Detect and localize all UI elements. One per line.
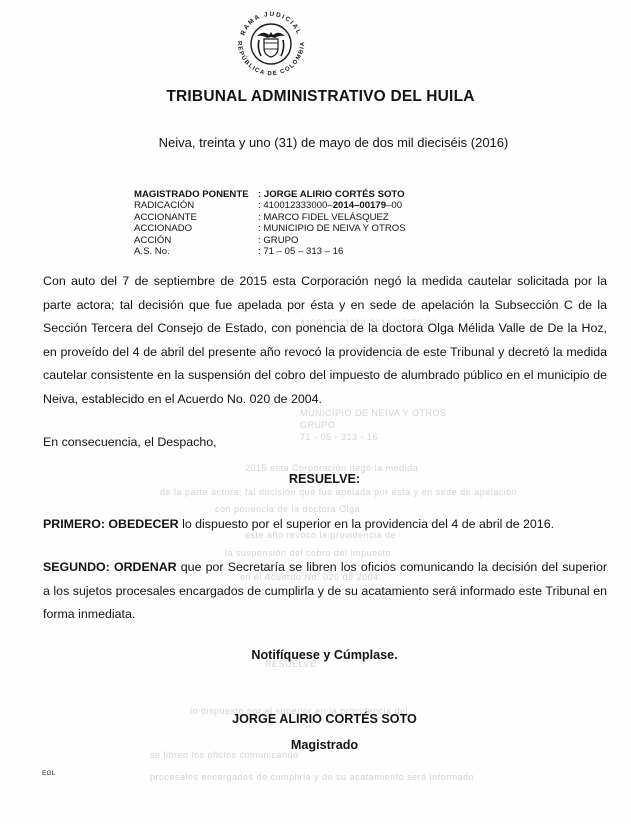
bleed-through-text: GRUPO [300,420,336,430]
signer-role: Magistrado [0,738,631,752]
paragraph-background: Con auto del 7 de septiembre de 2015 est… [43,270,607,412]
radicacion-suffix: –00 [386,200,402,211]
case-label: MAGISTRADO PONENTE [134,189,258,200]
bleed-through-text: de la parte actora; tal decisión que fue… [160,487,517,497]
case-label: A.S. No. [134,246,258,257]
case-label: ACCIÓN [134,235,258,246]
svg-text:REPÚBLICA DE COLOMBIA: REPÚBLICA DE COLOMBIA [236,41,307,77]
case-label: ACCIONADO [134,223,258,234]
case-row-accionante: ACCIONANTE : MARCO FIDEL VELÁSQUEZ [134,212,406,223]
radicacion-prefix: : 410012333000– [258,200,333,211]
order-segundo: SEGUNDO: ORDENAR que por Secretaría se l… [43,556,607,627]
closing-formula: Notifíquese y Cúmplase. [0,648,631,662]
case-info-table: MAGISTRADO PONENTE : JORGE ALIRIO CORTÉS… [134,189,406,257]
typist-initials: EGL [42,770,56,777]
order-primero-label: PRIMERO: OBEDECER [43,517,179,531]
bleed-through-text: procesales encargados de cumplirla y de … [150,772,474,782]
case-row-accion: ACCIÓN : GRUPO [134,235,406,246]
case-value: : MARCO FIDEL VELÁSQUEZ [258,212,389,223]
case-label: RADICACIÓN [134,200,258,211]
order-primero-text: lo dispuesto por el superior en la provi… [179,517,554,531]
court-title: TRIBUNAL ADMINISTRATIVO DEL HUILA [0,88,631,106]
case-value: : 410012333000–2014–00179–00 [258,200,402,211]
order-segundo-label: SEGUNDO: ORDENAR [43,560,177,574]
case-row-magistrado: MAGISTRADO PONENTE : JORGE ALIRIO CORTÉS… [134,189,406,200]
paragraph-consecuencia: En consecuencia, el Despacho, [43,431,607,455]
document-date: Neiva, treinta y uno (31) de mayo de dos… [0,135,631,150]
case-value: : JORGE ALIRIO CORTÉS SOTO [258,189,405,200]
case-row-accionado: ACCIONADO : MUNICIPIO DE NEIVA Y OTROS [134,223,406,234]
signer-name: JORGE ALIRIO CORTÉS SOTO [0,712,631,726]
resuelve-heading: RESUELVE: [0,472,631,486]
case-value: : 71 – 05 – 313 – 16 [258,246,343,257]
case-value: : MUNICIPIO DE NEIVA Y OTROS [258,223,406,234]
court-seal-icon: RAMA JUDICIAL REPÚBLICA DE COLOMBIA [233,6,309,82]
case-label: ACCIONANTE [134,212,258,223]
radicacion-number: 2014–00179 [333,200,386,211]
case-row-as-no: A.S. No. : 71 – 05 – 313 – 16 [134,246,406,257]
order-primero: PRIMERO: OBEDECER lo dispuesto por el su… [43,513,607,537]
document-page: RAMA JUDICIAL REPÚBLICA DE COLOMBIA TRIB… [0,0,631,824]
case-row-radicacion: RADICACIÓN : 410012333000–2014–00179–00 [134,200,406,211]
case-value: : GRUPO [258,235,299,246]
